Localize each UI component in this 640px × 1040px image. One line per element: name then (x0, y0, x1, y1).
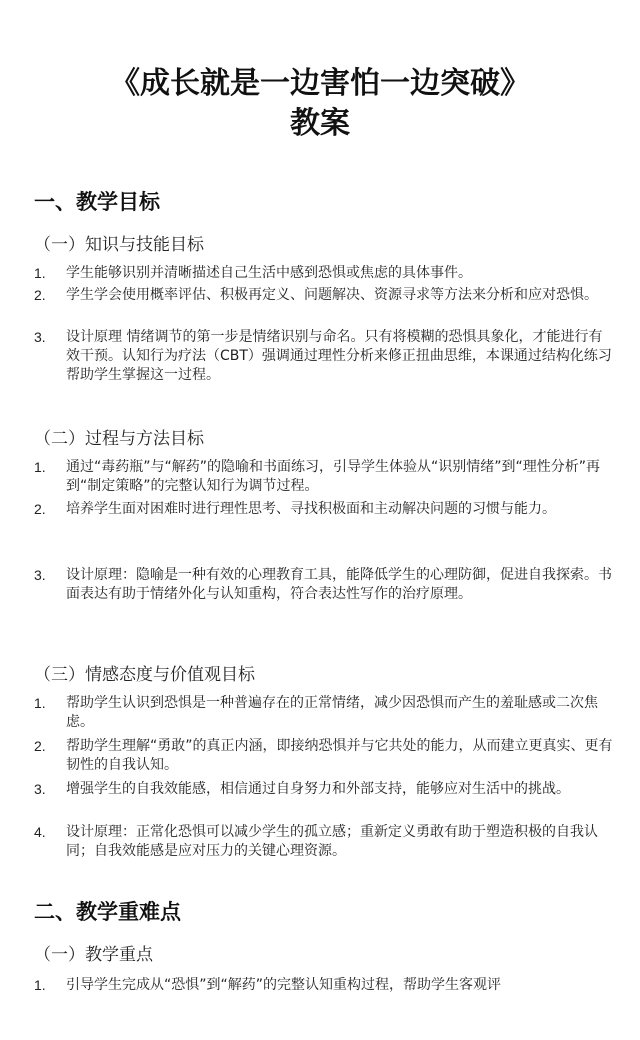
list-item: 2. 帮助学生理解“勇敢”的真正内涵，即接纳恐惧并与它共处的能力，从而建立更真实… (34, 737, 614, 775)
subsection-heading-teaching-focus: （一）教学重点 (34, 940, 153, 965)
list-item: 1. 通过“毒药瓶”与“解药”的隐喻和书面练习，引导学生体验从“识别情绪”到“理… (34, 458, 614, 496)
list-number: 1. (34, 458, 64, 477)
list-text: 学生学会使用概率评估、积极再定义、问题解决、资源寻求等方法来分析和应对恐惧。 (66, 286, 614, 305)
document-subtitle: 教案 (0, 98, 640, 142)
list-number: 3. (34, 566, 64, 585)
subsection-heading-knowledge-skills: （一）知识与技能目标 (34, 230, 204, 255)
list-item: 2. 培养学生面对困难时进行理性思考、寻找积极面和主动解决问题的习惯与能力。 (34, 500, 614, 519)
list-text: 通过“毒药瓶”与“解药”的隐喻和书面练习，引导学生体验从“识别情绪”到“理性分析… (66, 458, 614, 496)
list-text: 学生能够识别并清晰描述自己生活中感到恐惧或焦虑的具体事件。 (66, 264, 614, 283)
list-text: 增强学生的自我效能感，相信通过自身努力和外部支持，能够应对生活中的挑战。 (66, 780, 614, 799)
list-text: 培养学生面对困难时进行理性思考、寻找积极面和主动解决问题的习惯与能力。 (66, 500, 614, 519)
list-number: 4. (34, 823, 64, 842)
list-text: 帮助学生理解“勇敢”的真正内涵，即接纳恐惧并与它共处的能力，从而建立更真实、更有… (66, 737, 614, 775)
list-number: 1. (34, 264, 64, 283)
subsection-heading-process-methods: （二）过程与方法目标 (34, 424, 204, 449)
list-item: 3. 增强学生的自我效能感，相信通过自身努力和外部支持，能够应对生活中的挑战。 (34, 780, 614, 799)
list-item: 1. 引导学生完成从“恐惧”到“解药”的完整认知重构过程，帮助学生客观评 (34, 976, 614, 995)
list-number: 3. (34, 328, 64, 347)
list-text: 帮助学生认识到恐惧是一种普遍存在的正常情绪，减少因恐惧而产生的羞耻感或二次焦虑。 (66, 694, 614, 732)
list-item: 3. 设计原理 情绪调节的第一步是情绪识别与命名。只有将模糊的恐惧具象化，才能进… (34, 328, 614, 385)
list-number: 1. (34, 694, 64, 713)
list-text: 引导学生完成从“恐惧”到“解药”的完整认知重构过程，帮助学生客观评 (66, 976, 614, 995)
document-page: 《成长就是一边害怕一边突破》 教案 一、教学目标 （一）知识与技能目标 1. 学… (0, 0, 640, 1040)
list-number: 2. (34, 286, 64, 305)
list-text: 设计原理：隐喻是一种有效的心理教育工具，能降低学生的心理防御，促进自我探索。书面… (66, 566, 614, 604)
list-number: 3. (34, 780, 64, 799)
list-text: 设计原理：正常化恐惧可以减少学生的孤立感；重新定义勇敢有助于塑造积极的自我认同；… (66, 823, 614, 861)
subsection-heading-emotion-values: （三）情感态度与价值观目标 (34, 660, 255, 685)
list-text: 设计原理 情绪调节的第一步是情绪识别与命名。只有将模糊的恐惧具象化，才能进行有效… (66, 328, 614, 385)
list-item: 3. 设计原理：隐喻是一种有效的心理教育工具，能降低学生的心理防御，促进自我探索… (34, 566, 614, 604)
list-item: 2. 学生学会使用概率评估、积极再定义、问题解决、资源寻求等方法来分析和应对恐惧… (34, 286, 614, 305)
list-item: 1. 学生能够识别并清晰描述自己生活中感到恐惧或焦虑的具体事件。 (34, 264, 614, 283)
list-item: 4. 设计原理：正常化恐惧可以减少学生的孤立感；重新定义勇敢有助于塑造积极的自我… (34, 823, 614, 861)
list-item: 1. 帮助学生认识到恐惧是一种普遍存在的正常情绪，减少因恐惧而产生的羞耻感或二次… (34, 694, 614, 732)
section-heading-teaching-goals: 一、教学目标 (34, 186, 160, 216)
list-number: 1. (34, 976, 64, 995)
document-title: 《成长就是一边害怕一边突破》 (0, 58, 640, 102)
list-number: 2. (34, 737, 64, 756)
section-heading-key-difficult-points: 二、教学重难点 (34, 896, 181, 926)
list-number: 2. (34, 500, 64, 519)
